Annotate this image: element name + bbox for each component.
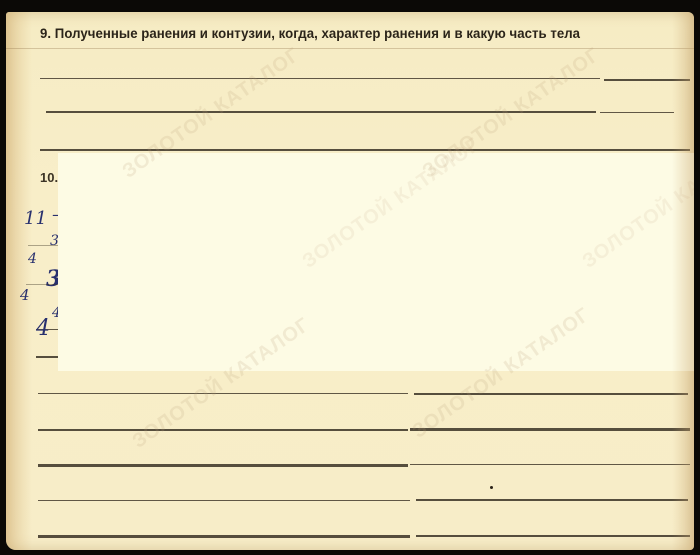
form-page: 9. Полученные ранения и контузии, когда,… [6,12,694,550]
section-9-line-1a [40,78,600,79]
scan-frame: 9. Полученные ранения и контузии, когда,… [0,0,700,555]
lower-line-2-right [410,428,690,431]
section-10-number: 10. [40,170,58,185]
section-9-line-1b [604,79,690,81]
handwritten-mark: 11 [24,210,47,228]
handwritten-mark: 4 [28,252,37,266]
handwritten-mark: 4 [20,288,30,303]
lower-line-3-right [410,464,690,465]
lower-line-5-right [416,535,690,537]
section-10-line-4 [36,356,60,358]
section-9-title: 9. Полученные ранения и контузии, когда,… [40,26,645,42]
lower-line-4-left [38,500,410,501]
handwritten-mark: 4 [36,318,50,340]
lower-line-2-left [38,429,408,431]
section-9-line-2b [600,112,674,113]
lower-line-3-left [38,464,408,467]
ink-speck [490,486,493,489]
lower-line-5-left [38,535,410,538]
lower-line-4-right [416,499,688,501]
section-10-line-2 [26,284,62,285]
